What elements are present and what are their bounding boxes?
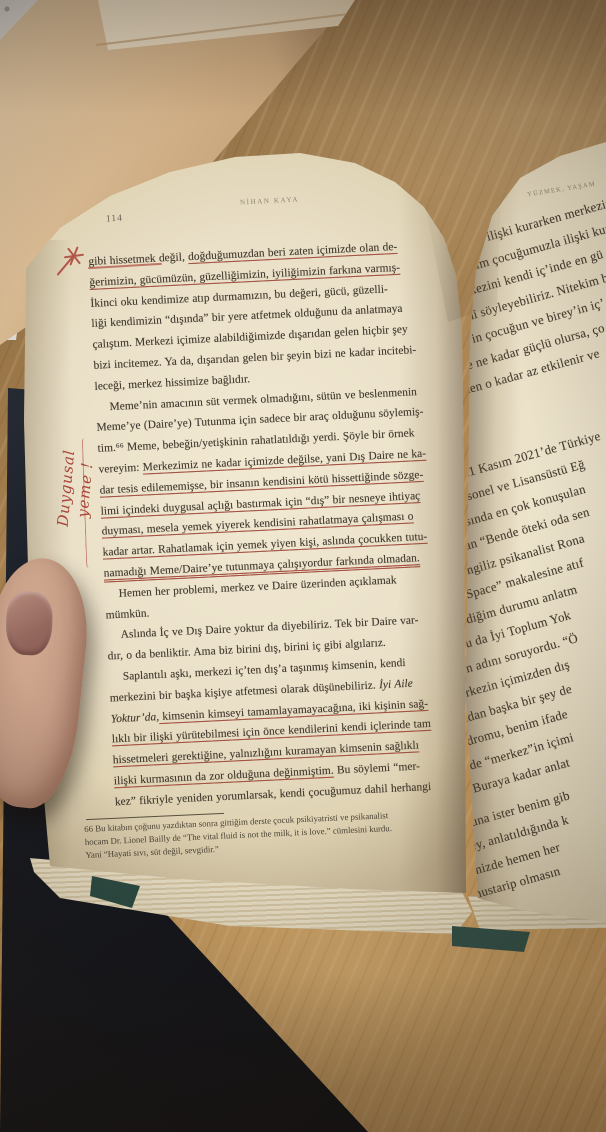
page-number: 114 [106, 214, 123, 225]
running-header-author: NİHAN KAYA [240, 195, 299, 206]
text-segment: mümkün. [105, 607, 149, 621]
running-header-title: YÜZMEK, YAŞAM [527, 181, 596, 199]
book-photo-scene: NİHAN KAYA 114 gibi hissetmek değil, doğ… [0, 0, 606, 1132]
text-segment: Yoktur’da, [111, 711, 160, 725]
text-segment: leceği, merkez hissimize bağlıdır. [94, 373, 250, 393]
text-segment: vereyim: [98, 462, 143, 476]
red-asterisk-doodle-icon [62, 244, 86, 272]
thumb-nail [5, 590, 53, 656]
